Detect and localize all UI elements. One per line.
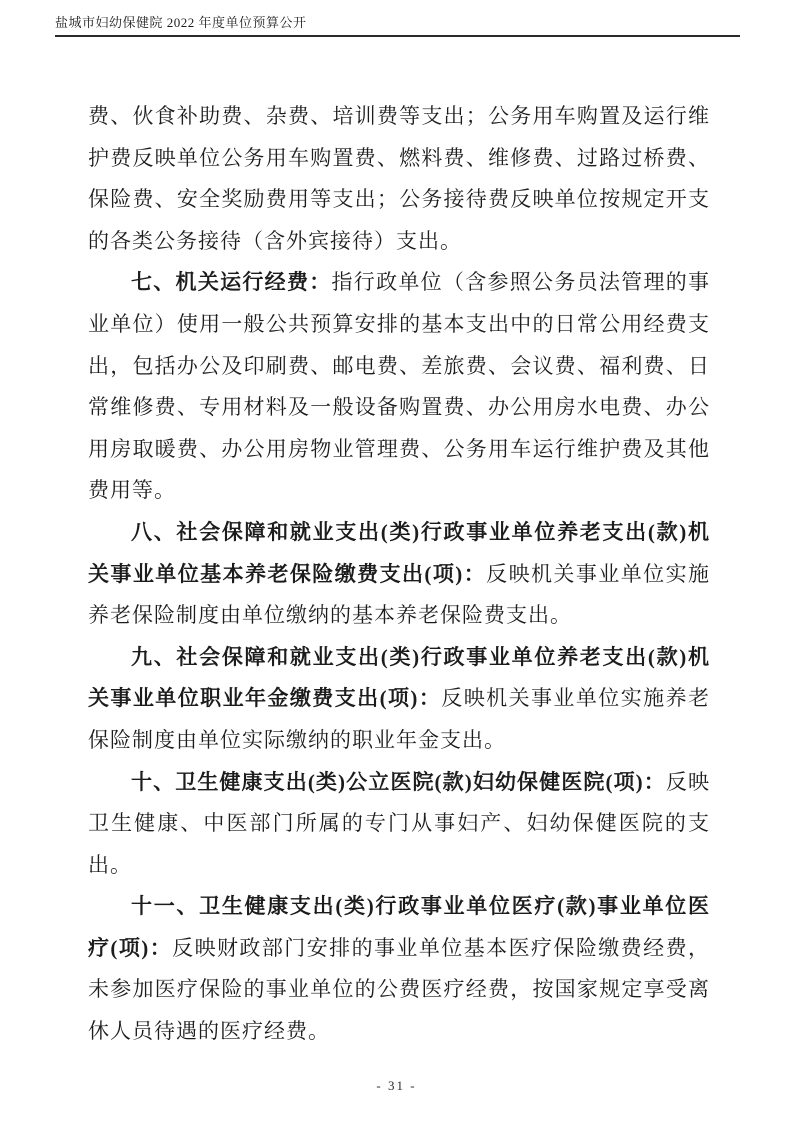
paragraph: 九、社会保障和就业支出(类)行政事业单位养老支出(款)机关事业单位职业年金缴费支… [88,637,710,762]
document-page: 盐城市妇幼保健院 2022 年度单位预算公开 费、伙食补助费、杂费、培训费等支出… [0,0,793,1122]
header-title: 盐城市妇幼保健院 2022 年度单位预算公开 [55,12,740,31]
document-body: 费、伙食补助费、杂费、培训费等支出；公务用车购置及运行维护费反映单位公务用车购置… [88,96,710,1053]
paragraph-lead: 七、机关运行经费： [131,270,332,294]
page-header: 盐城市妇幼保健院 2022 年度单位预算公开 [55,12,740,37]
page-number: - 31 - [376,1078,416,1093]
paragraph: 费、伙食补助费、杂费、培训费等支出；公务用车购置及运行维护费反映单位公务用车购置… [88,96,710,262]
paragraph-text: 反映财政部门安排的事业单位基本医疗保险缴费经费，未参加医疗保险的事业单位的公费医… [88,936,710,1043]
paragraph: 十一、卫生健康支出(类)行政事业单位医疗(款)事业单位医疗(项)：反映财政部门安… [88,886,710,1052]
paragraph-lead: 十、卫生健康支出(类)公立医院(款)妇幼保健医院(项)： [131,770,666,794]
page-footer: - 31 - [0,1077,793,1095]
paragraph-text: 指行政单位（含参照公务员法管理的事业单位）使用一般公共预算安排的基本支出中的日常… [88,270,710,502]
paragraph: 八、社会保障和就业支出(类)行政事业单位养老支出(款)机关事业单位基本养老保险缴… [88,512,710,637]
paragraph-text: 费、伙食补助费、杂费、培训费等支出；公务用车购置及运行维护费反映单位公务用车购置… [88,104,710,253]
paragraph: 十、卫生健康支出(类)公立医院(款)妇幼保健医院(项)：反映卫生健康、中医部门所… [88,762,710,887]
paragraph: 七、机关运行经费：指行政单位（含参照公务员法管理的事业单位）使用一般公共预算安排… [88,262,710,512]
